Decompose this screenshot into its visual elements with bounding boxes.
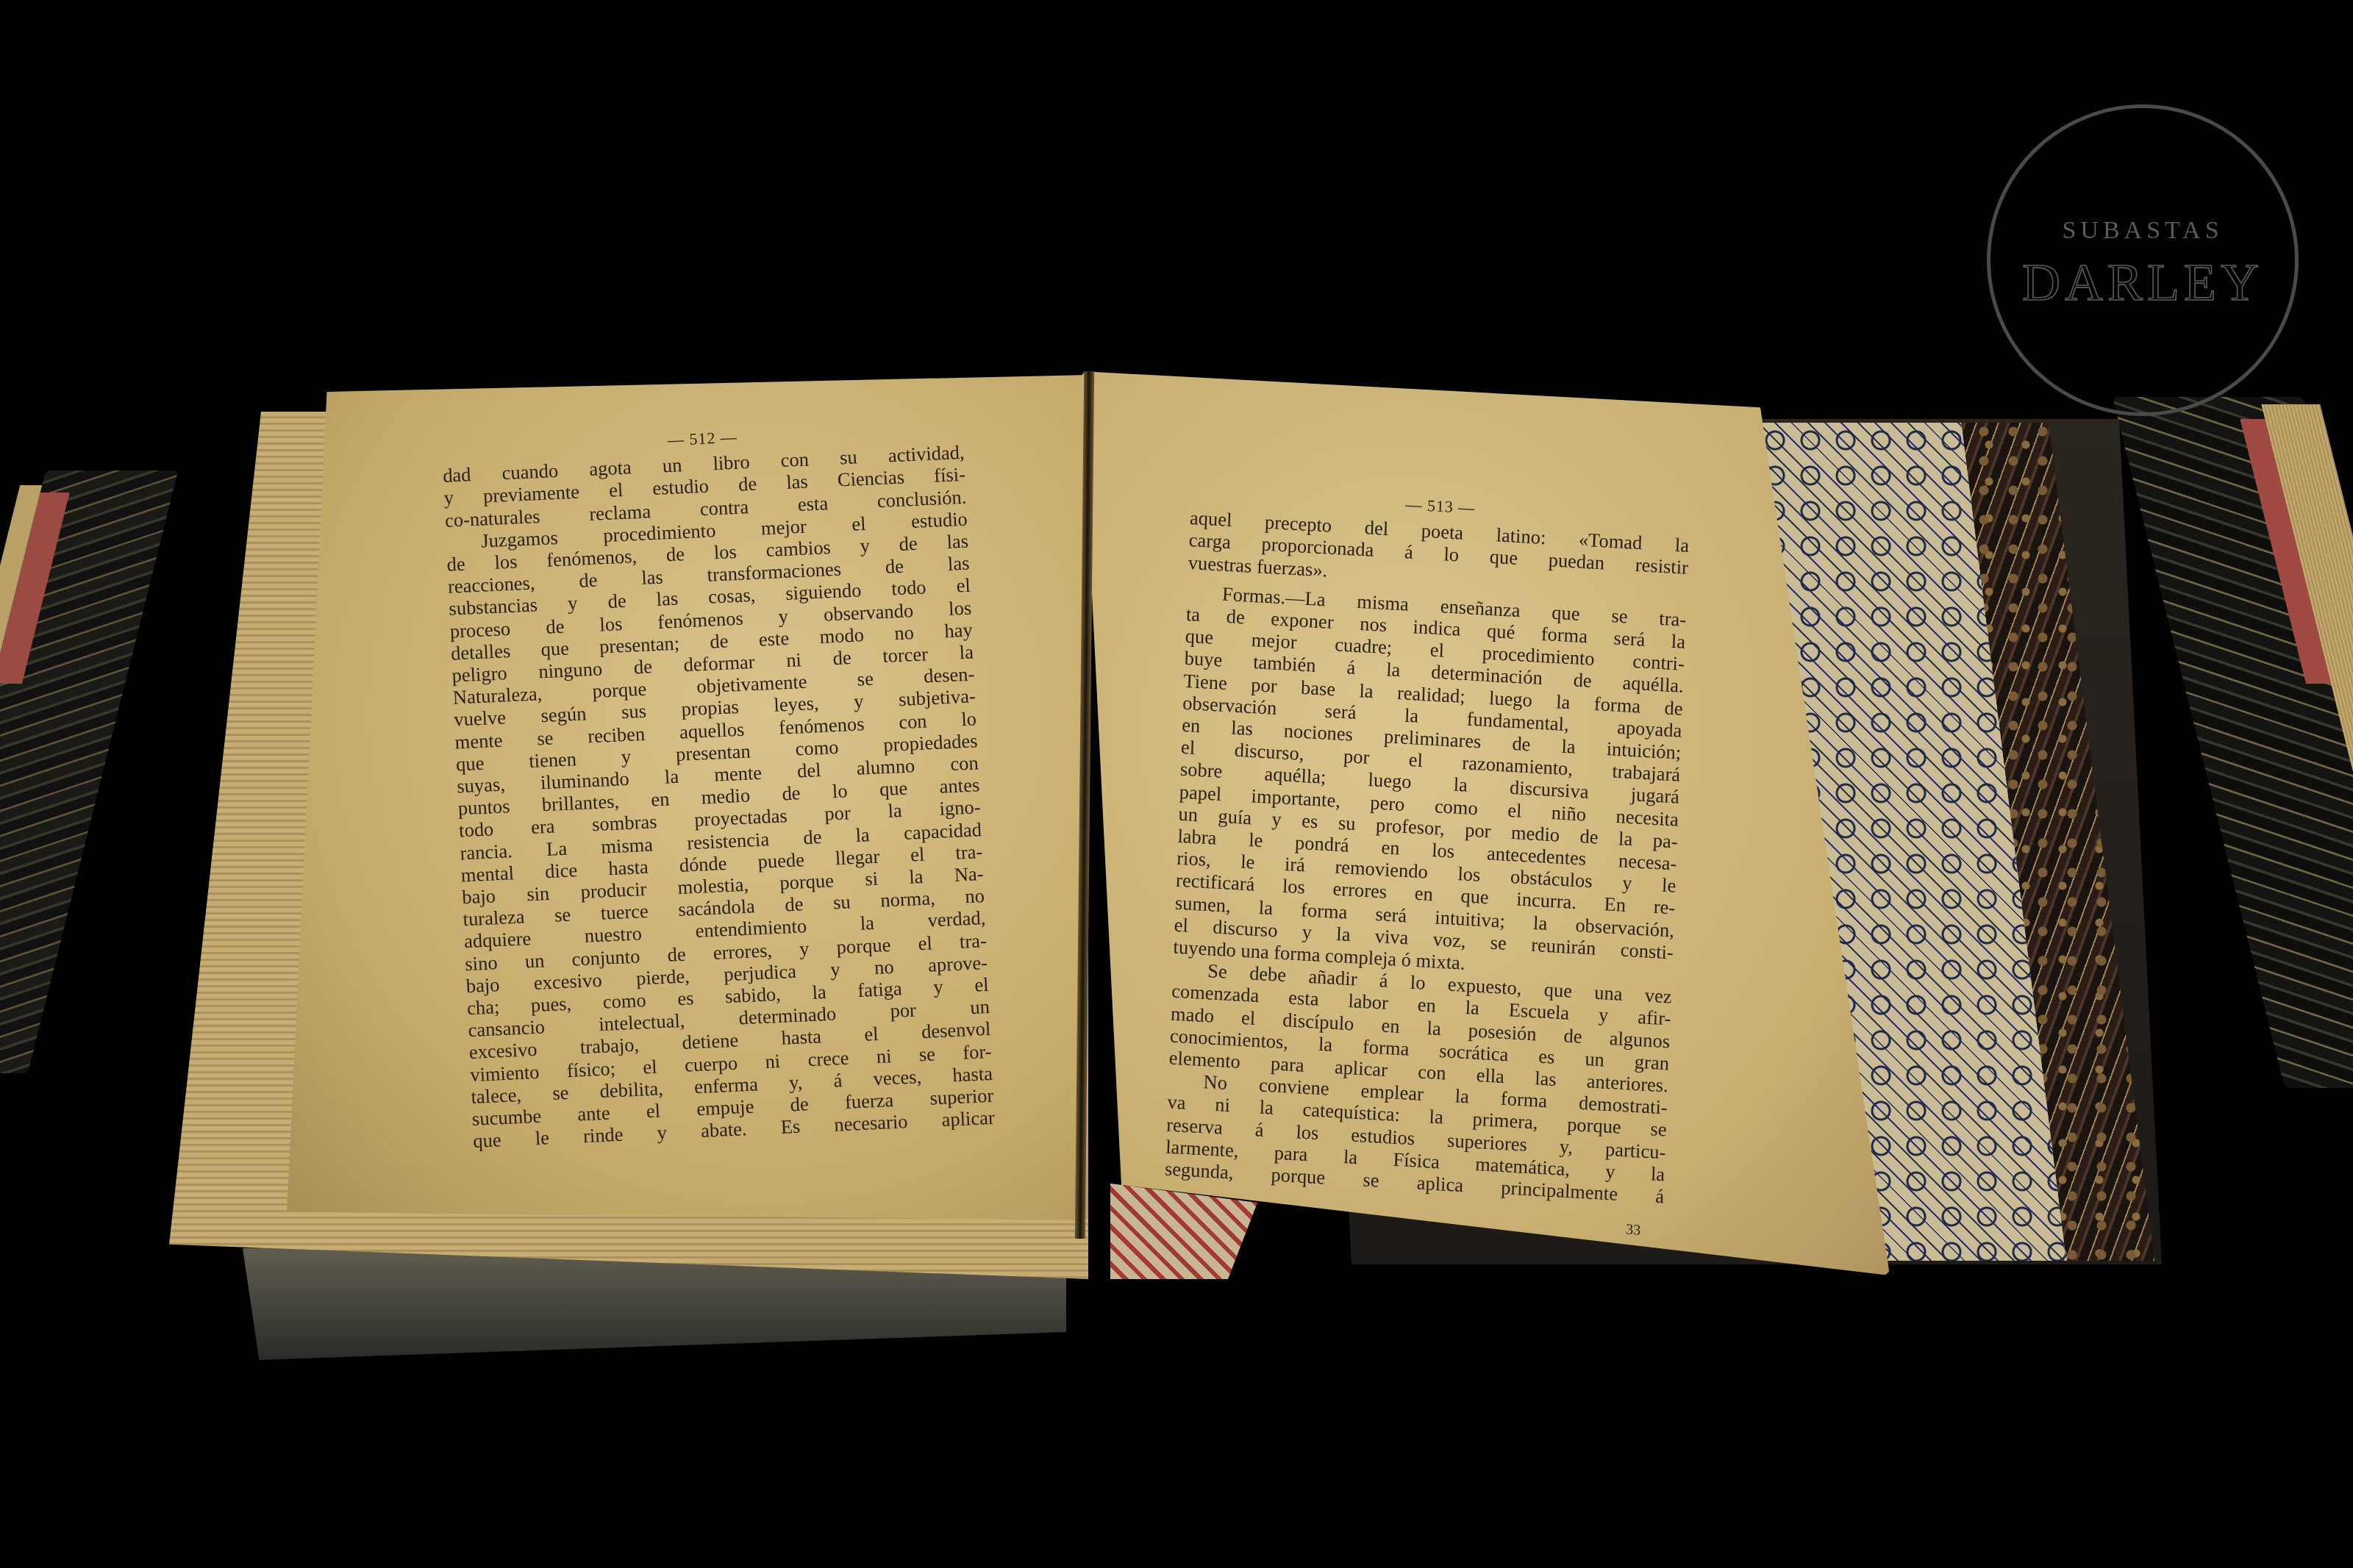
darley-watermark-logo: SUBASTAS DARLEY bbox=[1987, 104, 2299, 416]
left-page-text: — 512 — dad cuando agota un libro con su… bbox=[441, 416, 995, 1153]
watermark-darley-text: DARLEY bbox=[1983, 252, 2302, 313]
right-page-text: — 513 — aquel precepto del poeta latino:… bbox=[1163, 482, 1690, 1243]
watermark-subastas-text: SUBASTAS bbox=[1990, 217, 2295, 245]
photo-scene: — 512 — dad cuando agota un libro con su… bbox=[0, 0, 2353, 1568]
